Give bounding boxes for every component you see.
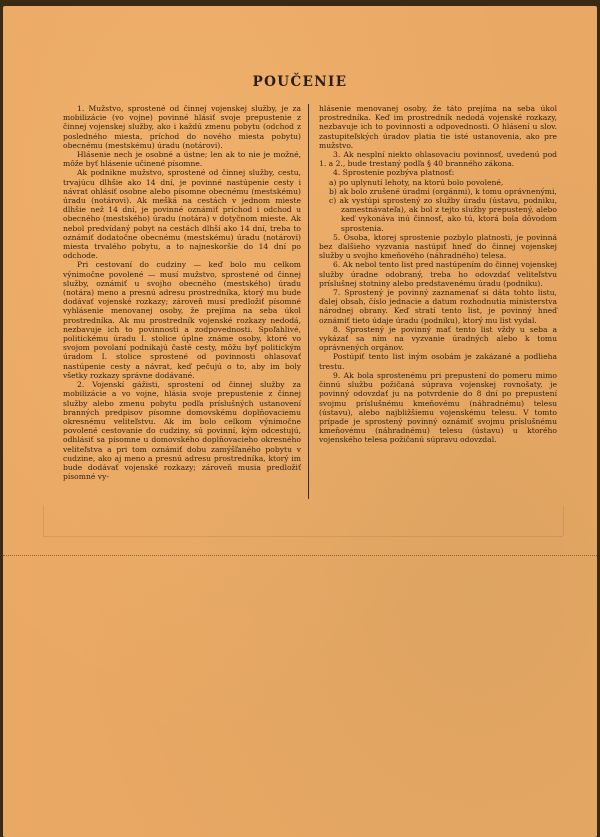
paragraph-5: 5. Osoba, ktorej sprostenie pozbylo plat… (319, 233, 557, 261)
paragraph-1c: Ak podnikne mužstvo, sprostené od činnej… (63, 168, 301, 260)
paragraph-4a: a) po uplynutí lehoty, na ktorú bolo pov… (341, 178, 557, 187)
paragraph-1d: Pri cestovaní do cudziny — keď bolo mu c… (63, 260, 301, 380)
paragraph-8: 8. Sprostený je povinný mať tento list v… (319, 325, 557, 353)
paragraph-1b: Hlásenie nech je osobné a ústne; len ak … (63, 150, 301, 168)
paragraph-2: 2. Vojenskí gážisti, sprostení od činnej… (63, 380, 301, 481)
faint-frame-right (563, 506, 564, 536)
paragraph-4b: b) ak bolo zrušené úradmi (orgánmi), k t… (341, 187, 557, 196)
left-column: 1. Mužstvo, sprostené od činnej vojenske… (63, 104, 301, 481)
paragraph-7: 7. Sprostený je povinný zaznamenať si dá… (319, 288, 557, 325)
faint-frame-left (43, 506, 44, 536)
paragraph-6: 6. Ak nebol tento list pred nastúpením d… (319, 260, 557, 288)
faint-frame-line (43, 536, 563, 537)
right-column: hlásenie menovanej osoby, že táto prejím… (319, 104, 557, 445)
paragraph-8b: Postúpiť tento list iným osobám je zakáz… (319, 352, 557, 370)
paragraph-9: 9. Ak bola sprostenému pri prepustení do… (319, 371, 557, 445)
page-title: POUČENIE (3, 74, 597, 90)
perforation-line (3, 555, 597, 556)
document-page: POUČENIE 1. Mužstvo, sprostené od činnej… (3, 6, 597, 837)
paragraph-1: 1. Mužstvo, sprostené od činnej vojenske… (63, 104, 301, 150)
paragraph-3: 3. Ak nesplní niekto ohlasovaciu povinno… (319, 150, 557, 168)
paragraph-2-continued: hlásenie menovanej osoby, že táto prejím… (319, 104, 557, 150)
column-divider (308, 104, 309, 499)
paragraph-4: 4. Sprostenie pozbýva platnosť: (319, 168, 557, 177)
paragraph-4c: c) ak vystúpi sprostený zo služby úradu … (341, 196, 557, 233)
